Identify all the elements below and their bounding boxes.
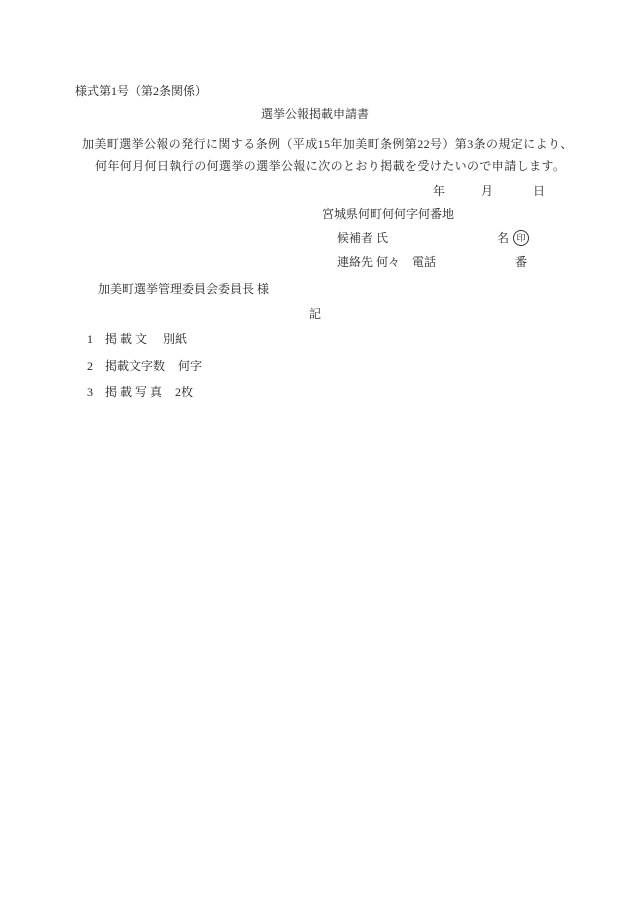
item-label: 掲 載 写 真 (105, 385, 162, 399)
item-value: 2枚 (175, 385, 193, 399)
item-number: 1 (87, 332, 93, 346)
candidate-surname-label: 候補者 氏 (337, 231, 388, 245)
date-day-label: 日 (533, 184, 545, 198)
body-paragraph-line-1: 加美町選挙公報の発行に関する条例（平成15年加美町条例第22号）第3条の規定によ… (82, 137, 573, 151)
date-month-label: 月 (481, 184, 493, 198)
item-number: 2 (87, 359, 93, 373)
list-item-photos: 3 掲 載 写 真 2枚 (0, 385, 630, 399)
addressee-line: 加美町選挙管理委員会委員長 様 (98, 282, 269, 296)
candidate-address-line: 宮城県何町何何字何番地 (322, 207, 454, 221)
seal-text: 印 (516, 234, 525, 243)
item-label: 掲載文字数 (105, 359, 165, 373)
item-number: 3 (87, 385, 93, 399)
item-value: 何字 (178, 359, 202, 373)
item-value: 別紙 (163, 332, 187, 346)
form-number: 様式第1号（第2条関係） (75, 84, 207, 98)
contact-label: 連絡先 何々 電話 (337, 255, 436, 269)
form-page: 様式第1号（第2条関係） 選挙公報掲載申請書 加美町選挙公報の発行に関する条例（… (0, 0, 630, 915)
item-label: 掲 載 文 (105, 332, 147, 346)
seal-mark-icon: 印 (513, 230, 529, 246)
body-paragraph-line-2: 何年何月何日執行の何選挙の選挙公報に次のとおり掲載を受けたいので申請します。 (95, 159, 565, 173)
list-section-marker: 記 (0, 307, 630, 321)
contact-number-suffix-label: 番 (515, 255, 527, 269)
date-year-label: 年 (433, 184, 445, 198)
document-title: 選挙公報掲載申請書 (0, 107, 630, 121)
list-item-character-count: 2 掲載文字数 何字 (0, 359, 630, 373)
candidate-givenname-label: 名 (497, 231, 509, 245)
list-item-posted-text: 1 掲 載 文 別紙 (0, 332, 630, 346)
